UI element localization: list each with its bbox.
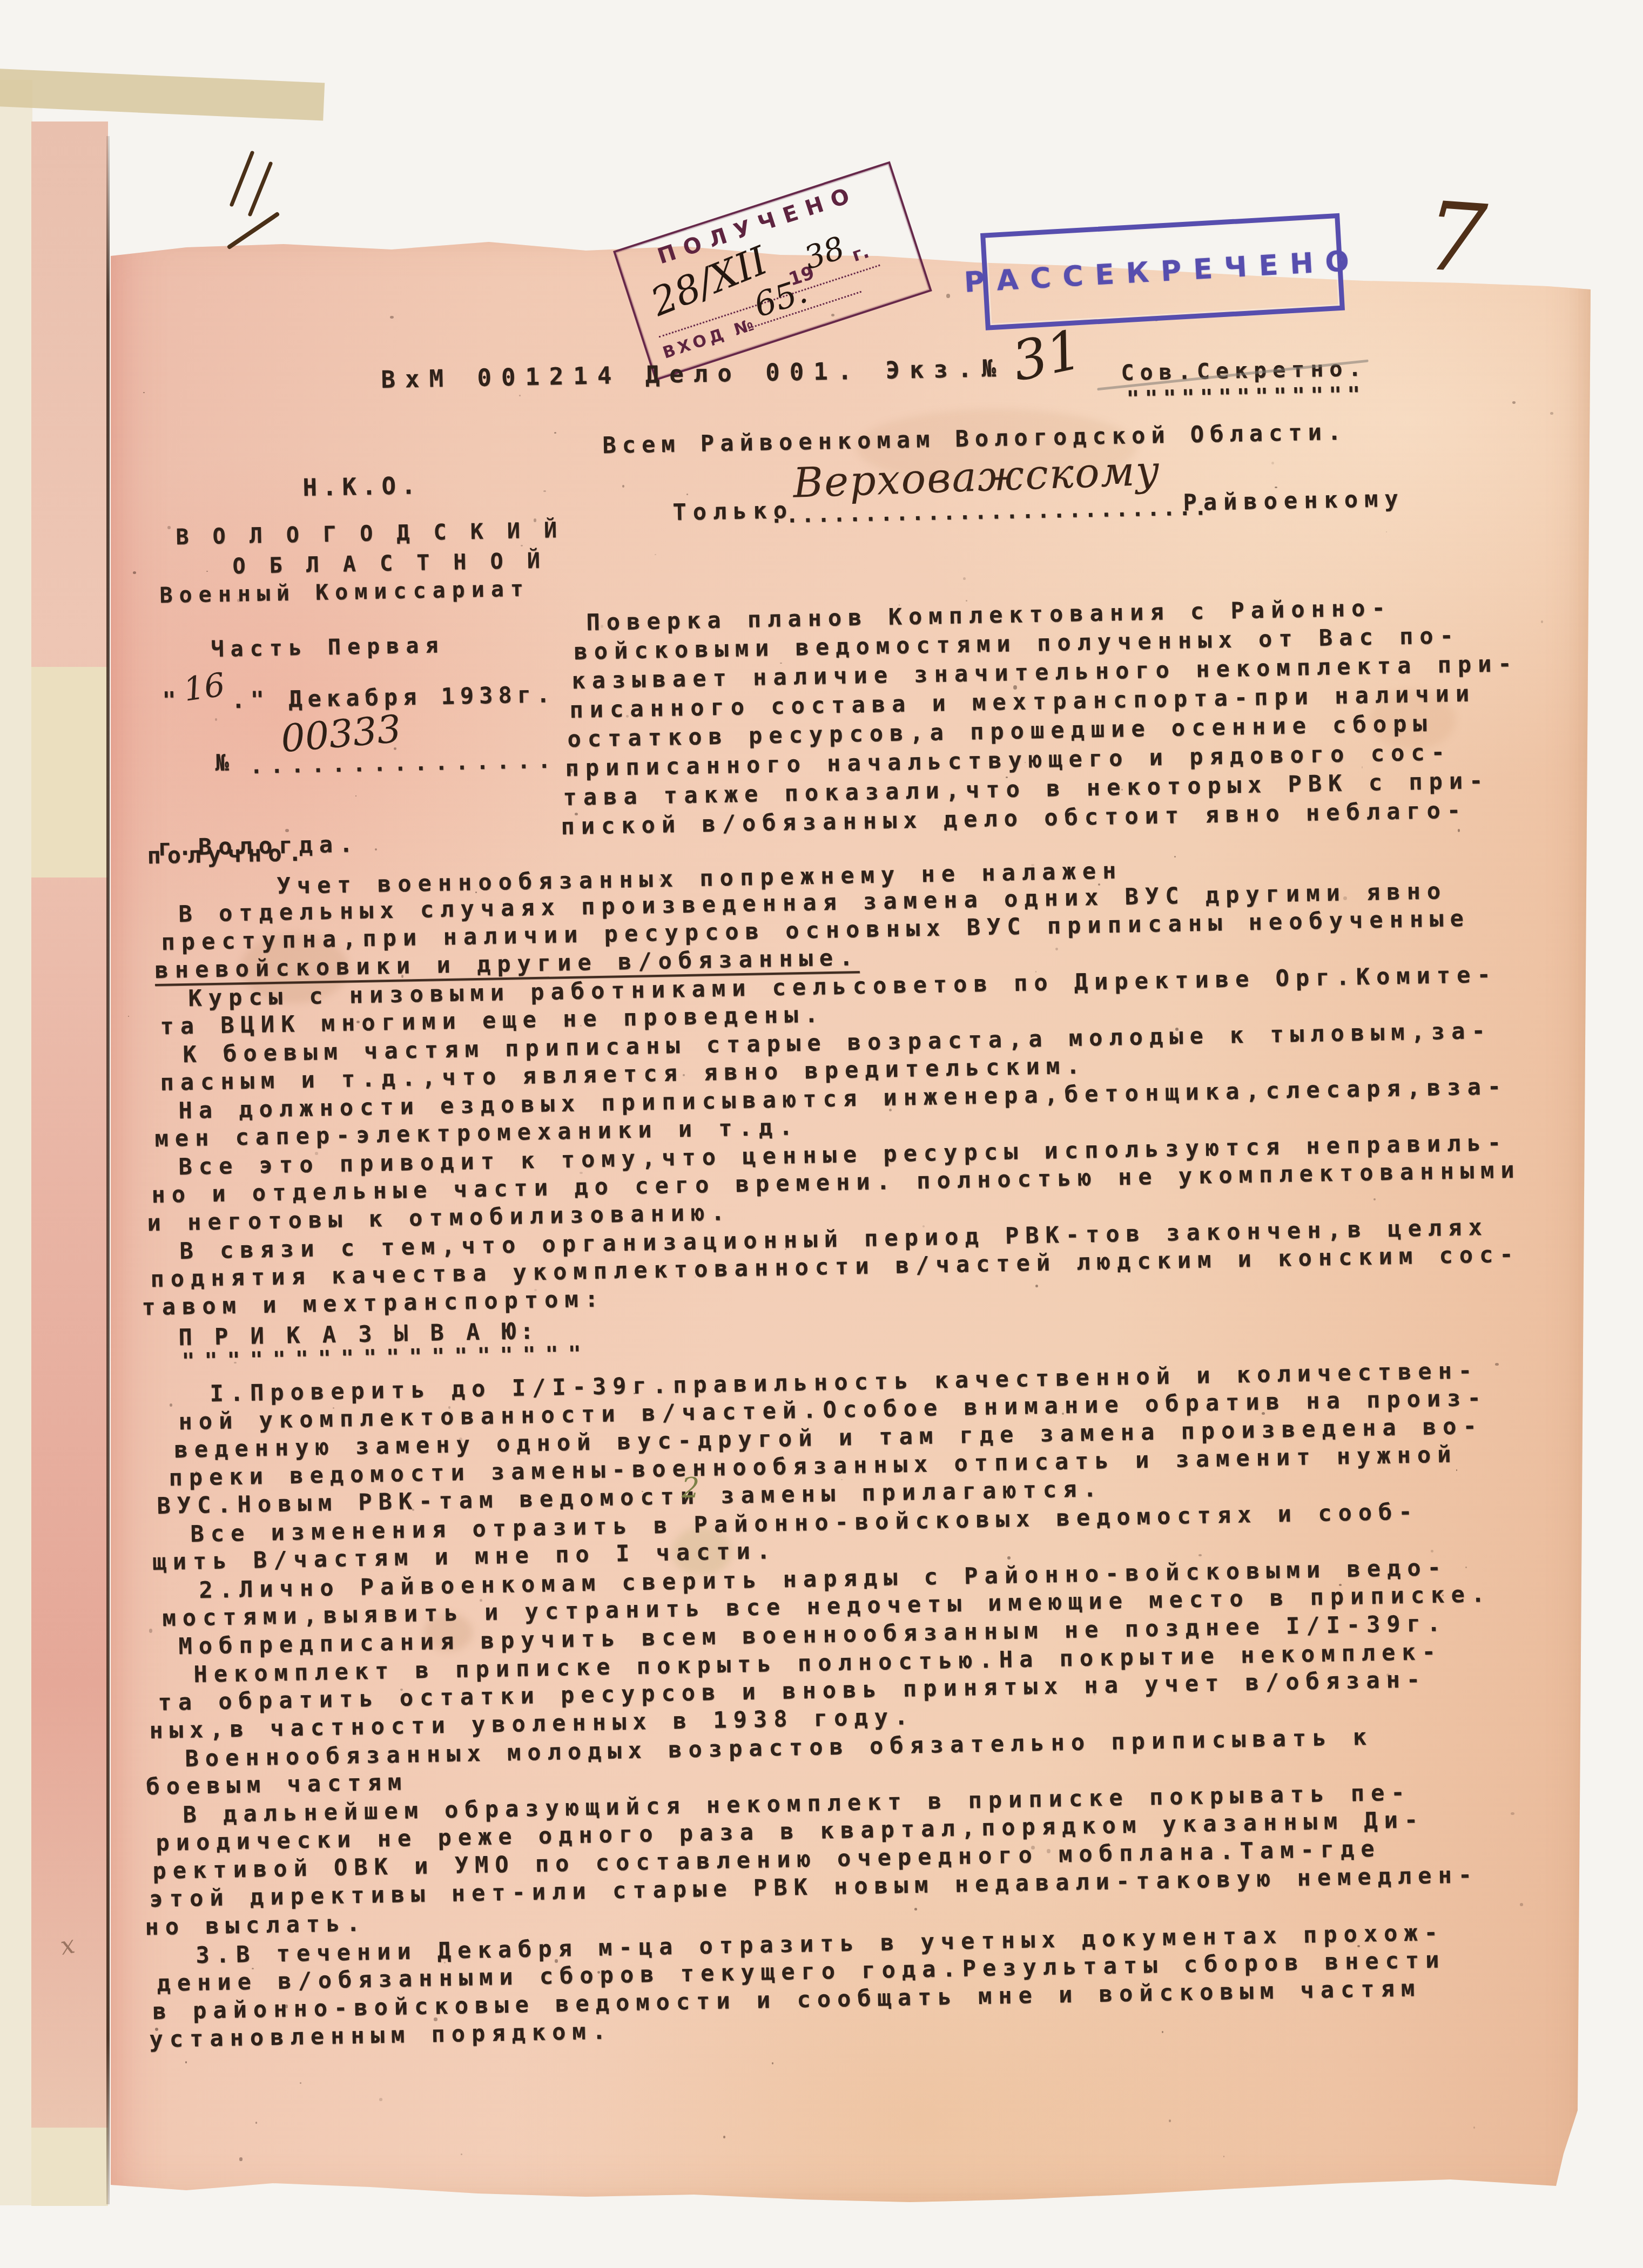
handwritten-correction-mark: 2: [682, 1472, 699, 1504]
date-open-quote: ": [162, 687, 176, 713]
number-label: №: [215, 750, 229, 776]
ink-speckle: [355, 795, 356, 796]
ink-speckle: [946, 294, 950, 298]
ink-speckle: [554, 432, 556, 434]
ink-speckle: [1271, 462, 1274, 464]
declassified-stamp: РАССЕКРЕЧЕНО: [980, 213, 1345, 330]
typed-line: боевым частям: [146, 1769, 408, 1800]
ink-speckle: [1512, 401, 1516, 404]
ink-speckle: [1456, 1469, 1457, 1471]
ink-speckle: [622, 485, 625, 488]
scanned-document: ПОЛУЧЕНО 28/XII 19 38 г. ВХОД № 65. РАСС…: [0, 0, 1643, 2268]
ink-speckle: [300, 2082, 301, 2084]
ink-speckle: [543, 490, 546, 492]
ink-speckle: [1520, 1903, 1524, 1906]
ink-speckle: [1223, 2156, 1225, 2157]
ink-speckle: [170, 1403, 172, 1407]
ink-speckle: [1386, 531, 1387, 533]
ink-speckle: [723, 2136, 725, 2138]
ink-speckle: [1162, 2031, 1163, 2033]
ink-speckle: [1198, 1554, 1202, 1556]
ink-speckle: [1465, 1567, 1467, 1568]
ink-speckle: [1373, 1198, 1376, 1201]
ink-speckle: [1541, 620, 1543, 623]
ink-speckle: [1473, 2127, 1475, 2129]
ink-speckle: [1169, 2119, 1171, 2122]
ink-speckle: [390, 316, 393, 319]
ink-speckle: [133, 571, 136, 574]
page-edge-sliver: [0, 69, 325, 121]
ink-speckle: [686, 494, 688, 495]
declassified-stamp-title: РАССЕКРЕЧЕНО: [964, 245, 1362, 299]
ink-speckle: [379, 2098, 382, 2101]
ink-speckle: [772, 2062, 773, 2064]
underlying-page-patch-bottom: [31, 2128, 108, 2206]
ink-speckle: [1174, 856, 1176, 858]
ink-speckle: [1550, 412, 1553, 415]
ink-speckle: [914, 1908, 918, 1910]
letterhead-department: Часть Первая: [211, 633, 445, 662]
ink-speckle: [215, 718, 217, 721]
typed-line: но выслать.: [145, 1909, 367, 1940]
ink-speckle: [255, 2122, 258, 2124]
ink-speckle: [185, 2061, 187, 2063]
ink-speckle: [1007, 1556, 1011, 1560]
ink-speckle: [375, 848, 377, 850]
underlying-page-edge-cream: [0, 80, 32, 2205]
ink-speckle: [1431, 1550, 1433, 1552]
ink-speckle: [521, 545, 523, 546]
ink-speckle: [128, 1016, 130, 1017]
handwritten-day: 16: [181, 666, 227, 709]
letterhead-org-nko: Н.К.О.: [302, 472, 421, 502]
ink-speckle: [143, 392, 144, 393]
ink-speckle: [1055, 948, 1058, 950]
ink-speckle: [966, 600, 967, 602]
ink-speckle: [1458, 829, 1460, 832]
ink-speckle: [963, 577, 965, 580]
ink-speckle: [149, 1629, 152, 1632]
ink-speckle: [461, 2154, 463, 2155]
only-recipient-typed: Райвоенкому: [1183, 485, 1405, 516]
underlying-page-edge-pink: [31, 122, 108, 2206]
secrecy-underline: """"""""""""": [1126, 382, 1366, 411]
handwritten-page-number: 7: [1422, 181, 1490, 295]
ink-speckle: [519, 395, 521, 396]
ink-speckle: [239, 2157, 242, 2161]
ink-speckle: [1495, 1363, 1498, 1366]
handwritten-tally-mark: [224, 148, 289, 256]
typed-line: получно.: [147, 840, 308, 869]
ink-speckle: [1511, 1812, 1514, 1815]
ink-speckle: [655, 554, 656, 555]
binding-fold-line: [106, 136, 110, 2204]
ink-speckle: [1035, 1285, 1038, 1288]
ink-speckle: [167, 526, 171, 529]
ink-speckle: [206, 571, 208, 572]
underlying-page-patch: [31, 667, 108, 878]
